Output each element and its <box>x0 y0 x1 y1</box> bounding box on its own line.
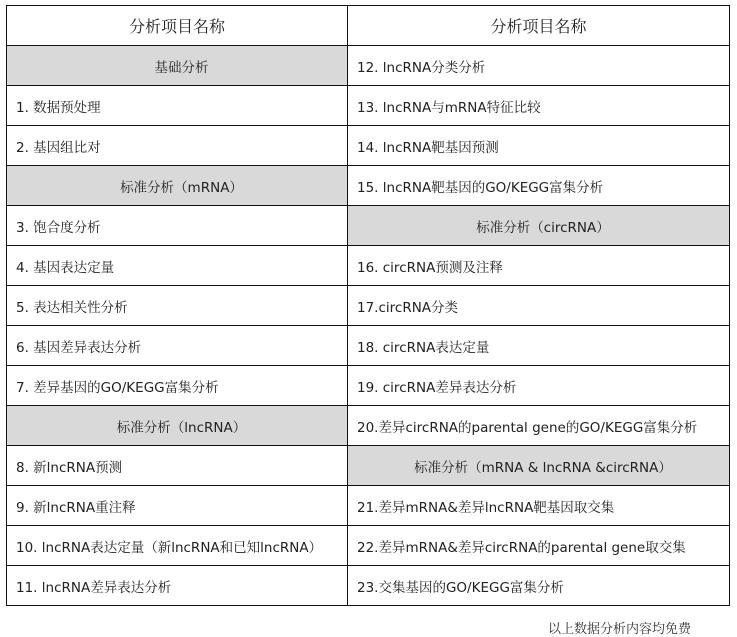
analysis-item-cell: 15. lncRNA靶基因的GO/KEGG富集分析 <box>348 166 730 206</box>
column-header-right: 分析项目名称 <box>348 6 730 46</box>
analysis-items-table: 分析项目名称 分析项目名称 基础分析12. lncRNA分类分析1. 数据预处理… <box>6 5 730 606</box>
header-row: 分析项目名称 分析项目名称 <box>7 6 730 46</box>
table-row: 基础分析12. lncRNA分类分析 <box>7 46 730 86</box>
table-row: 4. 基因表达定量16. circRNA预测及注释 <box>7 246 730 286</box>
table-row: 1. 数据预处理13. lncRNA与mRNA特征比较 <box>7 86 730 126</box>
table-row: 6. 基因差异表达分析18. circRNA表达定量 <box>7 326 730 366</box>
table-row: 8. 新lncRNA预测标准分析（mRNA & lncRNA &circRNA） <box>7 446 730 486</box>
analysis-item-cell: 12. lncRNA分类分析 <box>348 46 730 86</box>
section-header-cell: 基础分析 <box>7 46 348 86</box>
column-header-left: 分析项目名称 <box>7 6 348 46</box>
analysis-item-cell: 20.差异circRNA的parental gene的GO/KEGG富集分析 <box>348 406 730 446</box>
analysis-item-cell: 13. lncRNA与mRNA特征比较 <box>348 86 730 126</box>
table-row: 11. lncRNA差异表达分析23.交集基因的GO/KEGG富集分析 <box>7 566 730 606</box>
analysis-item-cell: 9. 新lncRNA重注释 <box>7 486 348 526</box>
table-row: 3. 饱合度分析标准分析（circRNA） <box>7 206 730 246</box>
section-header-cell: 标准分析（mRNA & lncRNA &circRNA） <box>348 446 730 486</box>
analysis-item-cell: 6. 基因差异表达分析 <box>7 326 348 366</box>
analysis-item-cell: 22.差异mRNA&差异circRNA的parental gene取交集 <box>348 526 730 566</box>
analysis-item-cell: 3. 饱合度分析 <box>7 206 348 246</box>
table-row: 9. 新lncRNA重注释21.差异mRNA&差异lncRNA靶基因取交集 <box>7 486 730 526</box>
analysis-item-cell: 8. 新lncRNA预测 <box>7 446 348 486</box>
table-row: 5. 表达相关性分析17.circRNA分类 <box>7 286 730 326</box>
analysis-item-cell: 4. 基因表达定量 <box>7 246 348 286</box>
table-row: 10. lncRNA表达定量（新lncRNA和已知lncRNA）22.差异mRN… <box>7 526 730 566</box>
analysis-item-cell: 5. 表达相关性分析 <box>7 286 348 326</box>
analysis-item-cell: 2. 基因组比对 <box>7 126 348 166</box>
table-row: 标准分析（lncRNA）20.差异circRNA的parental gene的G… <box>7 406 730 446</box>
analysis-item-cell: 18. circRNA表达定量 <box>348 326 730 366</box>
table-body: 基础分析12. lncRNA分类分析1. 数据预处理13. lncRNA与mRN… <box>7 46 730 606</box>
section-header-cell: 标准分析（mRNA） <box>7 166 348 206</box>
table-row: 7. 差异基因的GO/KEGG富集分析19. circRNA差异表达分析 <box>7 366 730 406</box>
analysis-item-cell: 23.交集基因的GO/KEGG富集分析 <box>348 566 730 606</box>
analysis-item-cell: 1. 数据预处理 <box>7 86 348 126</box>
section-header-cell: 标准分析（lncRNA） <box>7 406 348 446</box>
analysis-item-cell: 7. 差异基因的GO/KEGG富集分析 <box>7 366 348 406</box>
analysis-item-cell: 19. circRNA差异表达分析 <box>348 366 730 406</box>
analysis-item-cell: 11. lncRNA差异表达分析 <box>7 566 348 606</box>
analysis-item-cell: 16. circRNA预测及注释 <box>348 246 730 286</box>
footnote: 以上数据分析内容均免费 <box>548 618 691 637</box>
analysis-item-cell: 14. lncRNA靶基因预测 <box>348 126 730 166</box>
analysis-item-cell: 17.circRNA分类 <box>348 286 730 326</box>
section-header-cell: 标准分析（circRNA） <box>348 206 730 246</box>
analysis-item-cell: 21.差异mRNA&差异lncRNA靶基因取交集 <box>348 486 730 526</box>
table-row: 标准分析（mRNA）15. lncRNA靶基因的GO/KEGG富集分析 <box>7 166 730 206</box>
analysis-item-cell: 10. lncRNA表达定量（新lncRNA和已知lncRNA） <box>7 526 348 566</box>
table-row: 2. 基因组比对14. lncRNA靶基因预测 <box>7 126 730 166</box>
